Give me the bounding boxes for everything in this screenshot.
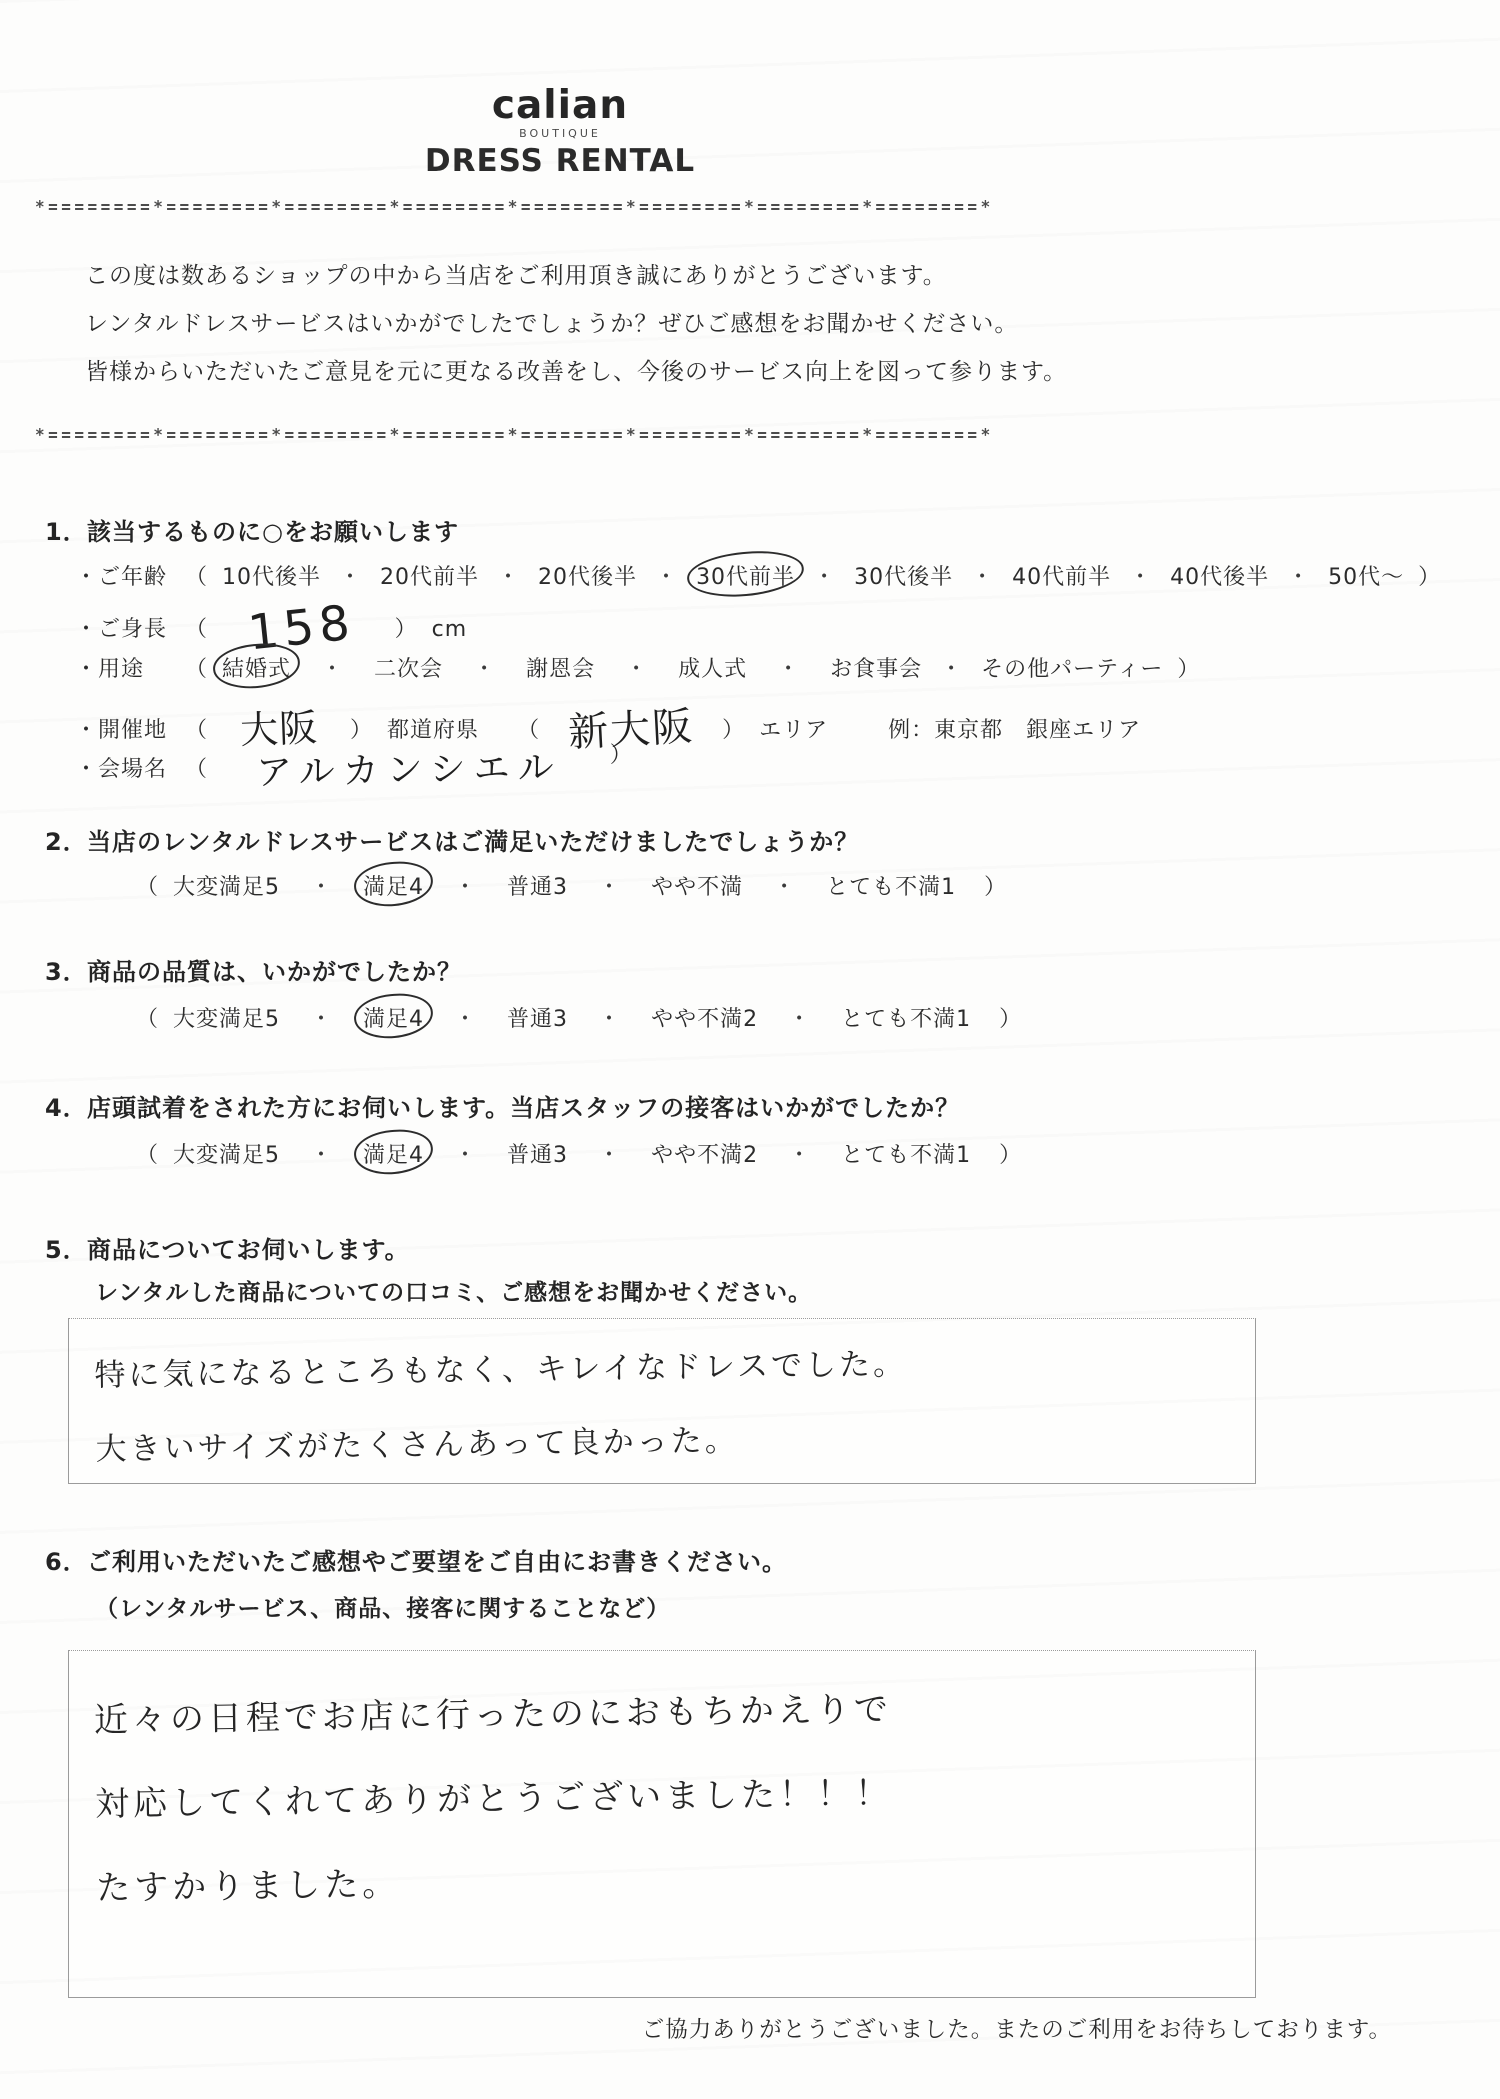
close-paren: ） <box>999 1007 1022 1032</box>
q6-answer-line: 近々の日程でお店に行ったのにおもちかえりで <box>93 1667 892 1762</box>
q3-options-row: （ 大変満足5 ・ 満足4 ・ 普通3 ・ やや不満2 ・ とても不満1 ） <box>130 1002 1028 1033</box>
q5-subtitle: レンタルした商品についての口コミ、ご感想をお聞かせください。 <box>95 1274 812 1307</box>
q4-title: 店頭試着をされた方にお伺いします。当店スタッフの接客はいかがでしたか？ <box>87 1094 960 1122</box>
handwritten-selection-circle <box>352 859 435 910</box>
q1-venue-row: ・会場名 （ アルカンシエル ） <box>75 742 639 793</box>
close-paren: ） <box>984 875 1007 900</box>
close-paren: ） <box>1177 657 1200 682</box>
age-option: 50代～ <box>1328 565 1404 590</box>
closing-thanks-message: ご協力ありがとうございました。またのご利用をお待ちしております。 <box>642 2012 1392 2044</box>
close-paren: ） <box>722 718 745 743</box>
q1-title: 該当するものに○をお願いします <box>87 518 459 546</box>
rating-option: 普通3 <box>507 875 568 900</box>
rating-option-selected: 満足4 <box>363 870 424 901</box>
age-option: 30代後半 <box>854 565 953 590</box>
q5-title: 商品についてお伺いします。 <box>87 1236 410 1264</box>
option-separator: ・ <box>655 565 678 590</box>
option-separator: ・ <box>1287 565 1310 590</box>
rating-option: やや不満 <box>651 875 743 900</box>
open-paren: （ <box>136 875 159 900</box>
option-separator: ・ <box>598 1007 621 1032</box>
rating-option: 普通3 <box>507 1143 568 1168</box>
option-separator: ・ <box>777 657 800 682</box>
age-option: 40代前半 <box>1012 565 1111 590</box>
q6-title: ご利用いただいたご感想やご要望をご自由にお書きください。 <box>87 1548 787 1576</box>
rating-option: とても不満1 <box>841 1007 971 1032</box>
age-option: 20代前半 <box>380 565 479 590</box>
rating-option: 普通3 <box>507 1007 568 1032</box>
option-separator: ・ <box>497 565 520 590</box>
rating-option: とても不満1 <box>826 875 956 900</box>
brand-logo: calian BOUTIQUE DRESS RENTAL <box>408 86 712 179</box>
rating-option: 大変満足5 <box>173 1007 280 1032</box>
option-separator: ・ <box>788 1143 811 1168</box>
open-paren: （ <box>136 1143 159 1168</box>
age-option: 40代後半 <box>1170 565 1269 590</box>
intro-line-1: この度は数あるショップの中から当店をご利用頂き誠にありがとうございます。 <box>85 252 1067 300</box>
open-paren: （ <box>185 757 208 782</box>
close-paren: ） <box>1418 565 1441 590</box>
option-separator: ・ <box>339 565 362 590</box>
q2-number: 2． <box>45 822 87 857</box>
handwritten-venue-value: アルカンシエル <box>256 739 563 795</box>
q3-heading: 3．商品の品質は、いかがでしたか？ <box>45 952 462 987</box>
age-option: 10代後半 <box>222 565 321 590</box>
q1-place-label: ・開催地 <box>75 713 171 744</box>
q1-heading: 1．該当するものに○をお願いします <box>45 512 459 547</box>
q2-title: 当店のレンタルドレスサービスはご満足いただけましたでしょうか？ <box>87 828 859 856</box>
option-separator: ・ <box>598 875 621 900</box>
q6-number: 6． <box>45 1542 87 1577</box>
place-example: 例：東京都 銀座エリア <box>888 718 1141 743</box>
q4-options-row: （ 大変満足5 ・ 満足4 ・ 普通3 ・ やや不満2 ・ とても不満1 ） <box>130 1138 1028 1169</box>
q1-number: 1． <box>45 512 87 547</box>
q1-age-row: ・ご年齢 （ 10代後半 ・ 20代前半 ・ 20代後半 ・ 30代前半 ・ 3… <box>75 560 1447 591</box>
scanned-survey-sheet: calian BOUTIQUE DRESS RENTAL *========*=… <box>0 0 1500 2099</box>
age-option-selected: 30代前半 <box>696 560 795 591</box>
q6-answer-line: たすかりました。 <box>96 1835 895 1930</box>
area-label: エリア <box>759 718 828 743</box>
close-paren: ） <box>999 1143 1022 1168</box>
q5-number: 5． <box>45 1230 87 1265</box>
option-separator: ・ <box>598 1143 621 1168</box>
open-paren: （ <box>185 657 208 682</box>
q1-age-label: ・ご年齢 <box>75 560 171 591</box>
option-separator: ・ <box>310 875 333 900</box>
q5-handwritten-answer: 特に気になるところもなく、キレイなドレスでした。 大きいサイズがたくさんあって良… <box>68 1313 935 1501</box>
handwritten-selection-circle <box>685 547 805 601</box>
option-separator: ・ <box>454 1007 477 1032</box>
option-separator: ・ <box>971 565 994 590</box>
q5-answer-line: 特に気になるところもなく、キレイなドレスでした。 <box>94 1327 908 1412</box>
option-separator: ・ <box>454 1143 477 1168</box>
rating-option: 大変満足5 <box>173 875 280 900</box>
prefecture-label: 都道府県 <box>387 718 479 743</box>
purpose-option-selected: 結婚式 <box>222 652 291 683</box>
q5-answer-box: 特に気になるところもなく、キレイなドレスでした。 大きいサイズがたくさんあって良… <box>68 1318 1256 1484</box>
close-paren: ） <box>350 718 373 743</box>
intro-line-3: 皆様からいただいたご意見を元に更なる改善をし、今後のサービス向上を図って参ります… <box>85 348 1067 396</box>
purpose-option: 成人式 <box>678 657 747 682</box>
option-separator: ・ <box>773 875 796 900</box>
intro-paragraph: この度は数あるショップの中から当店をご利用頂き誠にありがとうございます。 レンタ… <box>85 252 1067 396</box>
rating-option: 大変満足5 <box>173 1143 280 1168</box>
q4-number: 4． <box>45 1088 87 1123</box>
rating-option: とても不満1 <box>841 1143 971 1168</box>
rating-option: やや不満2 <box>651 1007 758 1032</box>
height-unit: cm <box>432 617 468 642</box>
handwritten-selection-circle <box>352 1127 435 1178</box>
q1-purpose-row: ・用途 （ 結婚式 ・ 二次会 ・ 謝恩会 ・ 成人式 ・ お食事会 ・ その他… <box>75 652 1206 683</box>
close-paren: ） <box>610 743 633 768</box>
q3-number: 3． <box>45 952 87 987</box>
close-paren: ） <box>395 617 418 642</box>
q6-answer-box: 近々の日程でお店に行ったのにおもちかえりで 対応してくれてありがとうございました… <box>68 1650 1256 1998</box>
option-separator: ・ <box>310 1143 333 1168</box>
option-separator: ・ <box>473 657 496 682</box>
age-option: 20代後半 <box>538 565 637 590</box>
option-separator: ・ <box>454 875 477 900</box>
option-separator: ・ <box>788 1007 811 1032</box>
divider-line-top: *========*========*========*========*===… <box>35 197 1027 217</box>
purpose-option: 二次会 <box>374 657 443 682</box>
intro-line-2: レンタルドレスサービスはいかがでしたでしょうか？ぜひご感想をお聞かせください。 <box>85 300 1067 348</box>
option-separator: ・ <box>813 565 836 590</box>
q1-venue-label: ・会場名 <box>75 752 171 783</box>
option-separator: ・ <box>940 657 963 682</box>
q2-options-row: （ 大変満足5 ・ 満足4 ・ 普通3 ・ やや不満 ・ とても不満1 ） <box>130 870 1013 901</box>
rating-option-selected: 満足4 <box>363 1138 424 1169</box>
purpose-option: その他パーティー <box>981 657 1163 682</box>
q6-subtitle: （レンタルサービス、商品、接客に関することなど） <box>95 1590 670 1623</box>
q6-handwritten-answer: 近々の日程でお店に行ったのにおもちかえりで 対応してくれてありがとうございました… <box>67 1645 921 1945</box>
q1-height-label: ・ご身長 <box>75 612 171 643</box>
q5-heading: 5．商品についてお伺いします。 <box>45 1230 410 1265</box>
option-separator: ・ <box>310 1007 333 1032</box>
brand-sub: BOUTIQUE <box>408 127 712 140</box>
q5-answer-line: 大きいサイズがたくさんあって良かった。 <box>95 1401 909 1486</box>
open-paren: （ <box>185 565 208 590</box>
handwritten-selection-circle <box>352 991 435 1042</box>
rating-option: やや不満2 <box>651 1143 758 1168</box>
open-paren: （ <box>136 1007 159 1032</box>
purpose-option: お食事会 <box>830 657 922 682</box>
rating-option-selected: 満足4 <box>363 1002 424 1033</box>
option-separator: ・ <box>625 657 648 682</box>
open-paren: （ <box>185 718 208 743</box>
brand-name: calian <box>408 86 712 127</box>
q6-answer-line: 対応してくれてありがとうございました！！！ <box>95 1751 894 1846</box>
q6-heading: 6．ご利用いただいたご感想やご要望をご自由にお書きください。 <box>45 1542 787 1577</box>
purpose-option: 謝恩会 <box>526 657 595 682</box>
option-separator: ・ <box>321 657 344 682</box>
divider-line-bottom: *========*========*========*========*===… <box>35 425 1027 445</box>
q2-heading: 2．当店のレンタルドレスサービスはご満足いただけましたでしょうか？ <box>45 822 859 857</box>
q1-purpose-label: ・用途 <box>75 652 171 683</box>
brand-title: DRESS RENTAL <box>408 143 712 179</box>
q3-title: 商品の品質は、いかがでしたか？ <box>87 958 462 986</box>
open-paren: （ <box>185 617 208 642</box>
option-separator: ・ <box>1129 565 1152 590</box>
q4-heading: 4．店頭試着をされた方にお伺いします。当店スタッフの接客はいかがでしたか？ <box>45 1088 960 1123</box>
